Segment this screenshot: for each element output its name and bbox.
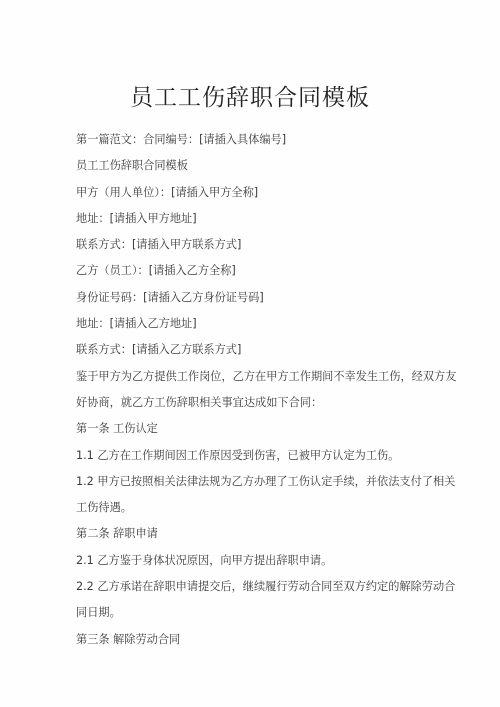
preamble-line-2: 好协商，就乙方工伤辞职相关事宜达成如下合同： — [76, 390, 446, 416]
party-b-address-line: 地址：[请插入乙方地址] — [76, 311, 446, 337]
contract-number-line: 第一篇范文：合同编号：[请插入具体编号] — [76, 127, 446, 153]
clause-1-1: 1.1 乙方在工作期间因工作原因受到伤害，已被甲方认定为工伤。 — [76, 443, 446, 469]
party-b-contact-line: 联系方式：[请插入乙方联系方式] — [76, 337, 446, 363]
party-a-address-line: 地址：[请插入甲方地址] — [76, 206, 446, 232]
document-page: 员工工伤辞职合同模板 第一篇范文：合同编号：[请插入具体编号] 员工工伤辞职合同… — [0, 0, 500, 707]
clause-2-2-line-1: 2.2 乙方承诺在辞职申请提交后，继续履行劳动合同至双方约定的解除劳动合 — [76, 574, 446, 600]
party-a-name-line: 甲方（用人单位）：[请插入甲方全称] — [76, 180, 446, 206]
clause-1-2-line-2: 工伤待遇。 — [76, 495, 446, 521]
clause-1-2-line-1: 1.2 甲方已按照相关法律法规为乙方办理了工伤认定手续，并依法支付了相关 — [76, 469, 446, 495]
clause-2-1: 2.1 乙方鉴于身体状况原因，向甲方提出辞职申请。 — [76, 548, 446, 574]
subtitle-line: 员工工伤辞职合同模板 — [76, 153, 446, 179]
article-2-heading: 第二条 辞职申请 — [76, 521, 446, 547]
party-b-name-line: 乙方（员工）：[请插入乙方全称] — [76, 258, 446, 284]
document-body: 第一篇范文：合同编号：[请插入具体编号] 员工工伤辞职合同模板 甲方（用人单位）… — [76, 127, 446, 653]
document-title: 员工工伤辞职合同模板 — [0, 82, 500, 114]
preamble-line-1: 鉴于甲方为乙方提供工作岗位，乙方在甲方工作期间不幸发生工伤，经双方友 — [76, 364, 446, 390]
article-3-heading: 第三条 解除劳动合同 — [76, 627, 446, 653]
clause-2-2-line-2: 同日期。 — [76, 600, 446, 626]
party-a-contact-line: 联系方式：[请插入甲方联系方式] — [76, 232, 446, 258]
article-1-heading: 第一条 工伤认定 — [76, 416, 446, 442]
party-b-id-line: 身份证号码：[请插入乙方身份证号码] — [76, 285, 446, 311]
